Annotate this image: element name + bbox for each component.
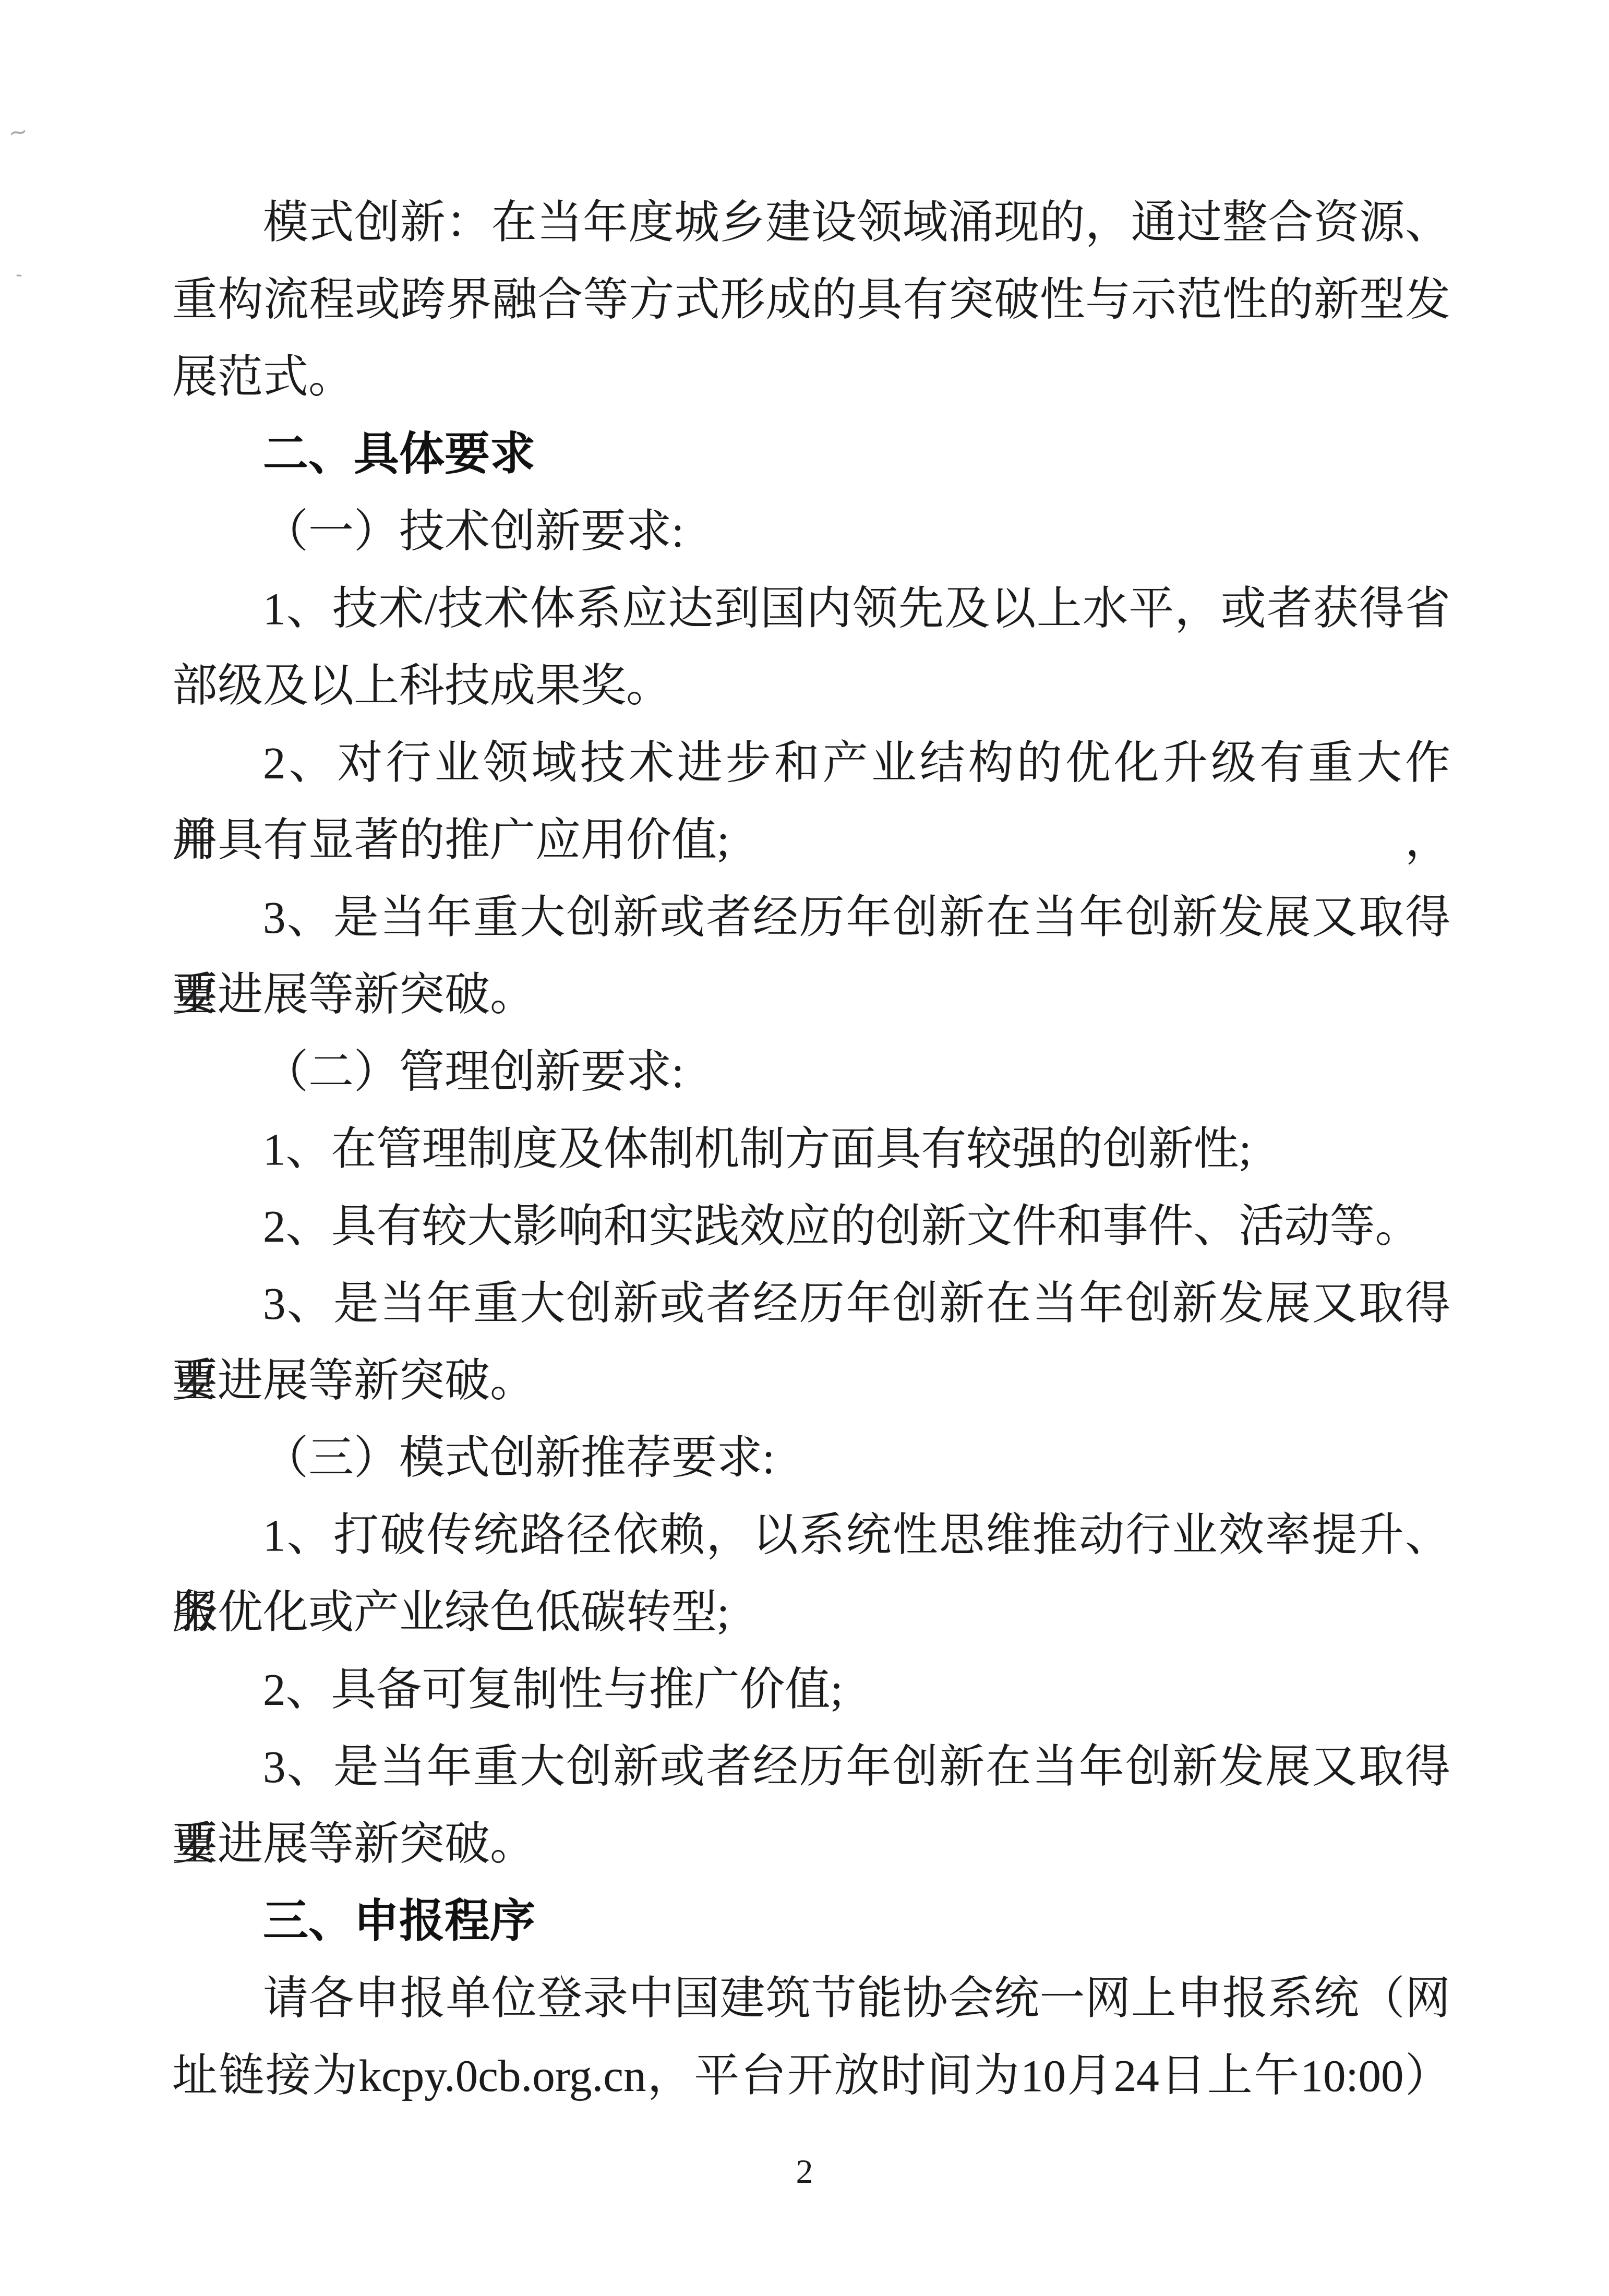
scan-artifact: - [15, 263, 23, 287]
doc-line-24: 请各申报单位登录中国建筑节能协会统一网上申报系统（网 [172, 1960, 1450, 2037]
doc-line-17: （三）模式创新推荐要求: [172, 1420, 1450, 1497]
doc-line-10: 3、是当年重大创新或者经历年创新在当年创新发展又取得重 [172, 879, 1450, 956]
section-heading-3: 三、申报程序 [172, 1883, 1450, 1960]
scan-artifact: ~ [7, 120, 29, 146]
document-page: ~ - 模式创新：在当年度城乡建设领域涌现的，通过整合资源、 重构流程或跨界融合… [0, 0, 1609, 2296]
section-heading-2: 二、具体要求 [172, 416, 1450, 493]
doc-line-20: 2、具备可复制性与推广价值; [172, 1651, 1450, 1728]
doc-line-16: 要进展等新突破。 [172, 1342, 1450, 1420]
page-number: 2 [0, 2148, 1609, 2195]
doc-line-14: 2、具有较大影响和实践效应的创新文件和事件、活动等。 [172, 1188, 1450, 1265]
doc-line-1: 模式创新：在当年度城乡建设领域涌现的，通过整合资源、 [172, 184, 1450, 261]
doc-line-11: 要进展等新突破。 [172, 956, 1450, 1033]
doc-line-6: 1、技术/技术体系应达到国内领先及以上水平，或者获得省 [172, 570, 1450, 647]
doc-line-13: 1、在管理制度及体制机制方面具有较强的创新性; [172, 1111, 1450, 1188]
doc-line-22: 要进展等新突破。 [172, 1806, 1450, 1883]
doc-line-3: 展范式。 [172, 339, 1450, 416]
doc-line-18: 1、打破传统路径依赖，以系统性思维推动行业效率提升、服 [172, 1497, 1450, 1574]
doc-line-19: 务优化或产业绿色低碳转型; [172, 1574, 1450, 1651]
doc-line-2: 重构流程或跨界融合等方式形成的具有突破性与示范性的新型发 [172, 261, 1450, 339]
doc-line-15: 3、是当年重大创新或者经历年创新在当年创新发展又取得重 [172, 1265, 1450, 1342]
doc-line-21: 3、是当年重大创新或者经历年创新在当年创新发展又取得重 [172, 1728, 1450, 1806]
doc-line-5: （一）技术创新要求: [172, 493, 1450, 570]
doc-line-25: 址链接为kcpy.0cb.org.cn，平台开放时间为10月24日上午10:00… [172, 2037, 1450, 2114]
doc-line-12: （二）管理创新要求: [172, 1033, 1450, 1111]
doc-line-7: 部级及以上科技成果奖。 [172, 647, 1450, 725]
doc-line-8: 2、对行业领域技术进步和产业结构的优化升级有重大作用， [172, 725, 1450, 802]
document-body: 模式创新：在当年度城乡建设领域涌现的，通过整合资源、 重构流程或跨界融合等方式形… [172, 184, 1450, 2114]
